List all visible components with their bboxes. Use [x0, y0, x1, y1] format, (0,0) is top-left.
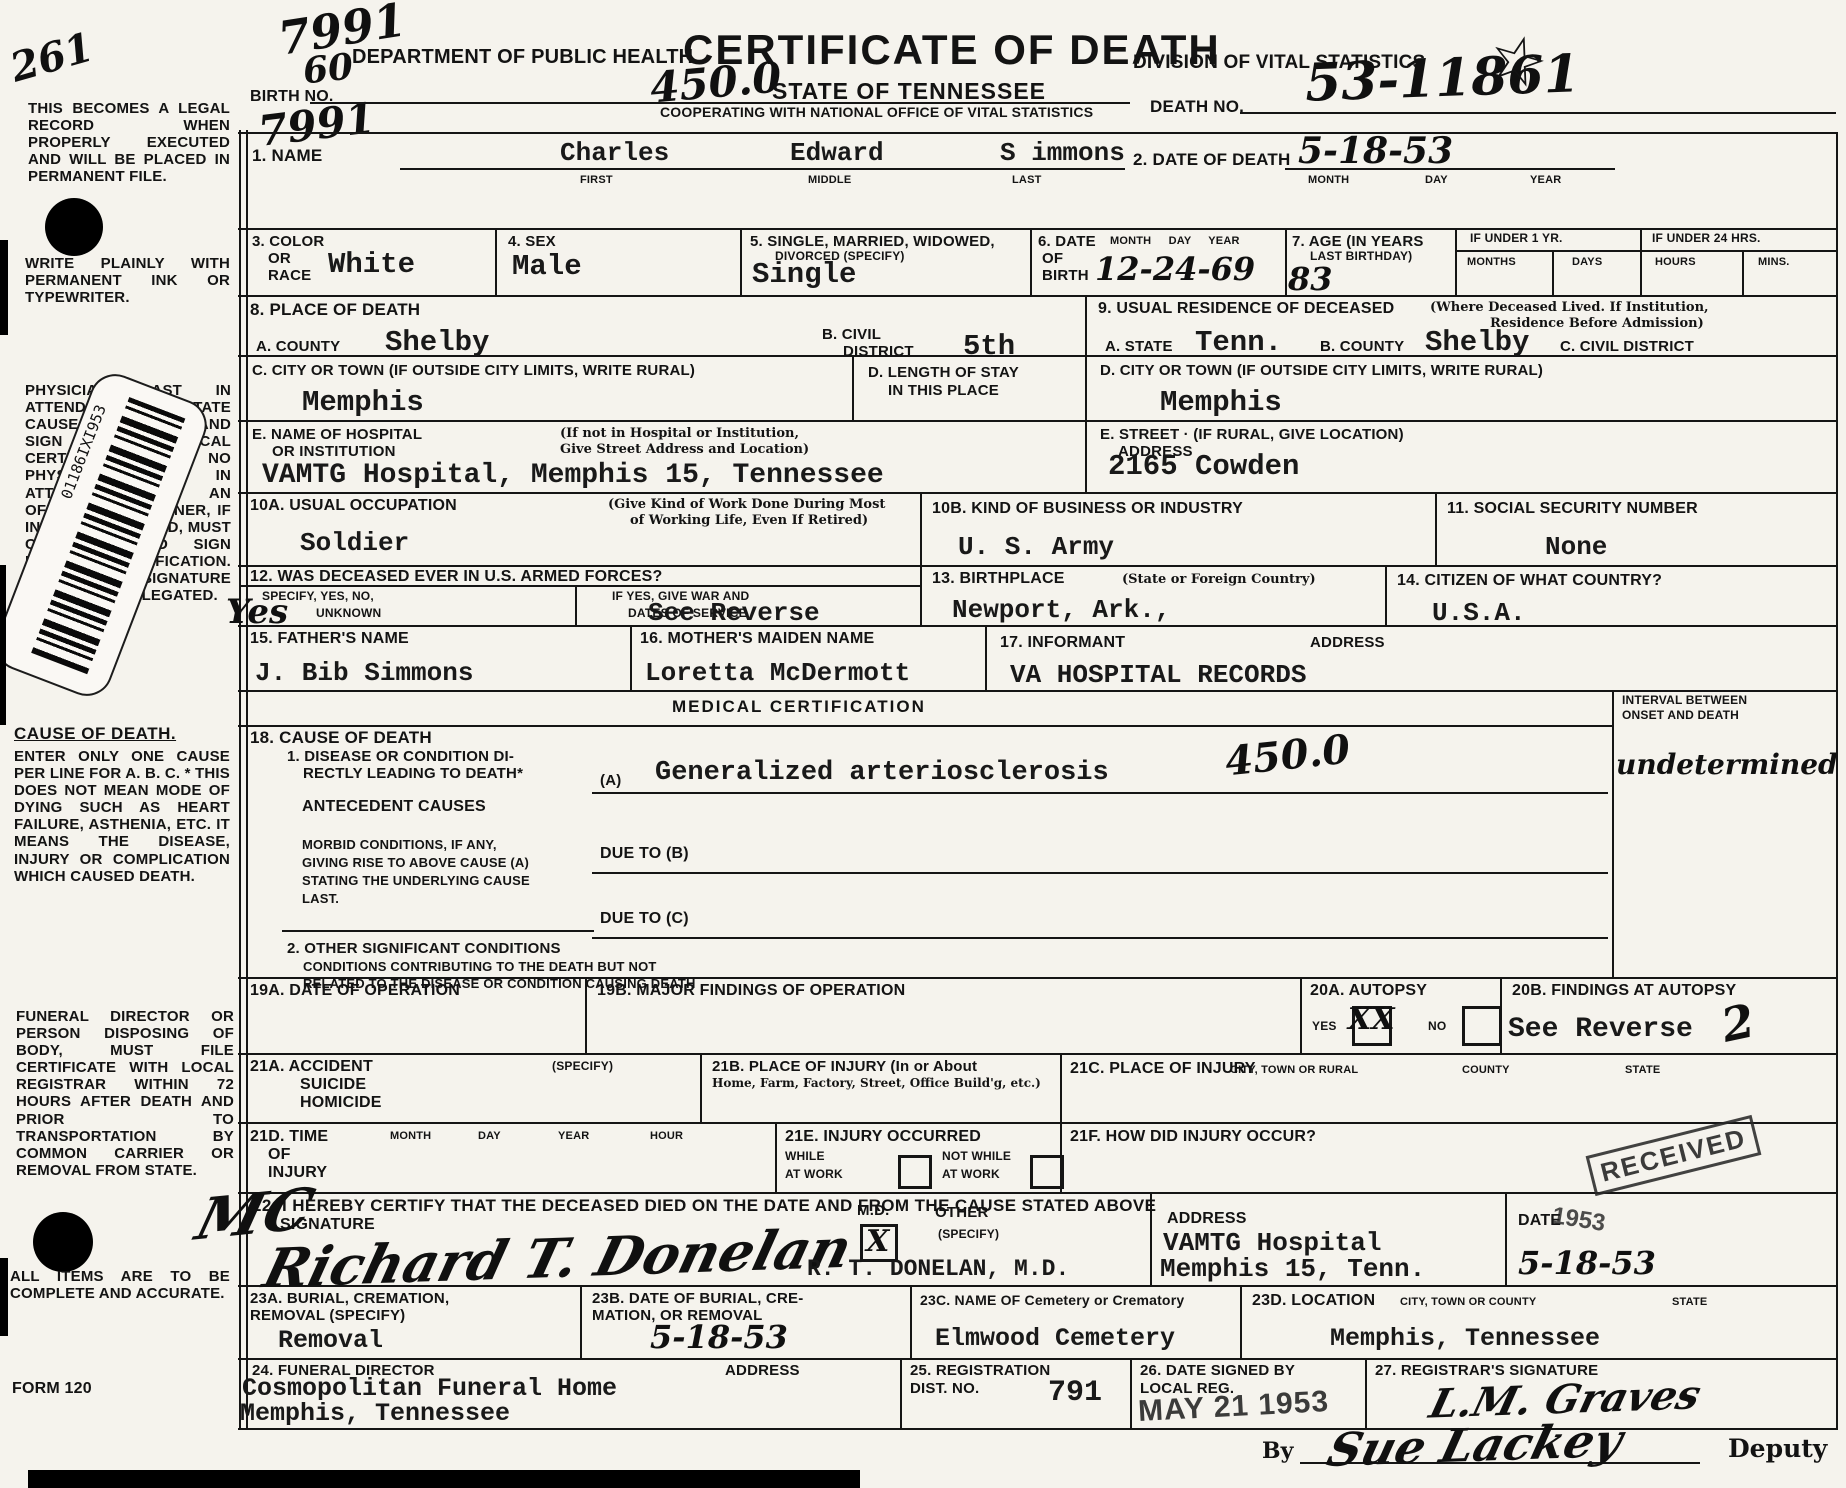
- divider: [580, 1285, 582, 1358]
- scan-bottom-bar: [28, 1470, 860, 1488]
- date-stamp-fragment: 1953: [1550, 1202, 1607, 1238]
- residence-civil-district-label: C. CIVIL DISTRICT: [1560, 338, 1694, 355]
- medical-certification-title: MEDICAL CERTIFICATION: [672, 697, 926, 717]
- scan-edge-artifact: [0, 240, 8, 335]
- age-label: 7. AGE (IN YEARS: [1292, 233, 1424, 250]
- cert-address-label: ADDRESS: [1167, 1210, 1247, 1228]
- armed-forces-value: Yes: [226, 592, 288, 632]
- date-of-operation-label: 19A. DATE OF OPERATION: [250, 982, 460, 1000]
- interval-col-divider: [1612, 690, 1614, 977]
- divider: [495, 228, 497, 295]
- row1-top-rule: [238, 132, 1838, 134]
- by-label: By: [1262, 1438, 1293, 1464]
- divider: [1742, 250, 1744, 295]
- location-state-sublabel: STATE: [1672, 1296, 1707, 1309]
- physician-typed-name: R. T. DONELAN, M.D.: [807, 1256, 1069, 1282]
- cause-box-top-rule: [238, 725, 1612, 727]
- divider: [852, 355, 854, 420]
- time-of-injury-label2: OF: [268, 1146, 291, 1164]
- divider: [1300, 977, 1302, 1053]
- corner-number-handwritten: 261: [5, 23, 98, 91]
- death-no-label: DEATH NO.: [1150, 97, 1244, 117]
- interval-label1: INTERVAL BETWEEN: [1622, 694, 1747, 708]
- cause-a-label: (A): [600, 772, 621, 789]
- md-checkbox-mark: X: [866, 1224, 889, 1259]
- under24hrs-label: IF UNDER 24 HRS.: [1652, 232, 1761, 246]
- color-race-label: 3. COLOR: [252, 233, 324, 250]
- hospital-value: VAMTG Hospital, Memphis 15, Tennessee: [262, 460, 884, 491]
- residence-state-value: Tenn.: [1195, 326, 1282, 359]
- citizen-value: U.S.A.: [1432, 598, 1526, 628]
- cause-a-underline: [592, 792, 1608, 794]
- county-label: A. COUNTY: [256, 338, 340, 355]
- major-findings-label: 19B. MAJOR FINDINGS OF OPERATION: [597, 982, 905, 1000]
- findings-at-autopsy-value: See Reverse: [1508, 1014, 1693, 1045]
- accident-specify-label: (SPECIFY): [552, 1060, 613, 1074]
- color-race-label2: OR: [268, 250, 291, 267]
- medcert-top-rule: [238, 690, 1838, 692]
- morbid-line1: MORBID CONDITIONS, IF ANY,: [302, 838, 497, 853]
- year-sublabel: YEAR: [1530, 174, 1561, 187]
- occupation-note2: of Working Life, Even If Retired): [630, 513, 868, 529]
- other-conditions-label: 2. OTHER SIGNIFICANT CONDITIONS: [287, 940, 561, 957]
- last-sublabel: LAST: [1012, 174, 1042, 187]
- scan-edge-artifact: [0, 1258, 8, 1336]
- occupation-value: Soldier: [300, 528, 409, 558]
- color-race-value: White: [328, 248, 415, 281]
- divider: [1455, 228, 1457, 295]
- injury-hour-sublabel: HOUR: [650, 1130, 683, 1143]
- cooperating-note: COOPERATING WITH NATIONAL OFFICE OF VITA…: [660, 104, 1093, 120]
- funeral-home-city-value: Memphis, Tennessee: [240, 1399, 510, 1428]
- place-of-injury-c-label: 21C. PLACE OF INJURY: [1070, 1060, 1256, 1078]
- deputy-signature: Sue Lackey: [1322, 1413, 1628, 1477]
- form-number: FORM 120: [12, 1380, 92, 1398]
- father-name-label: 15. FATHER'S NAME: [250, 630, 409, 648]
- not-while-at-work-checkbox: [1030, 1155, 1064, 1189]
- row24-top-rule: [238, 1358, 1838, 1360]
- city-or-town-label: C. CITY OR TOWN (IF OUTSIDE CITY LIMITS,…: [252, 362, 695, 379]
- divider: [575, 585, 577, 625]
- name-label: 1. NAME: [252, 146, 322, 166]
- length-of-stay-label2: IN THIS PLACE: [888, 382, 999, 399]
- hospital-label: E. NAME OF HOSPITAL: [252, 426, 422, 443]
- civil-district-label: B. CIVIL: [822, 326, 881, 343]
- length-of-stay-label: D. LENGTH OF STAY: [868, 364, 1019, 381]
- hospital-note1: (If not in Hospital or Institution,: [560, 426, 799, 442]
- state-title: STATE OF TENNESSEE: [772, 78, 1046, 104]
- divider: [900, 1358, 902, 1428]
- divider: [1285, 228, 1287, 295]
- findings-handwritten-mark: 2: [1717, 993, 1760, 1052]
- burial-label2: REMOVAL (SPECIFY): [250, 1307, 405, 1324]
- cause-b-underline: [592, 872, 1608, 874]
- cause-of-death-label: 18. CAUSE OF DEATH: [250, 728, 432, 748]
- scan-edge-artifact: [0, 565, 6, 725]
- county-sublabel: COUNTY: [1462, 1064, 1510, 1077]
- cause-c-underline: [592, 937, 1608, 939]
- time-of-injury-label: 21D. TIME: [250, 1128, 328, 1146]
- burial-date-value: 5-18-53: [650, 1318, 788, 1356]
- divider: [920, 565, 922, 625]
- birthplace-value: Newport, Ark.,: [952, 595, 1170, 625]
- name-underline: [400, 168, 1125, 170]
- hospital-label2: OR INSTITUTION: [272, 443, 396, 460]
- state-sublabel: STATE: [1625, 1064, 1660, 1077]
- morbid-line4: LAST.: [302, 892, 339, 907]
- armed-forces-label: 12. WAS DECEASED EVER IN U.S. ARMED FORC…: [250, 568, 663, 586]
- cert-date-value: 5-18-53: [1518, 1244, 1656, 1282]
- department-title: DEPARTMENT OF PUBLIC HEALTH: [352, 46, 693, 69]
- while-label: WHILE: [785, 1150, 825, 1164]
- margin-note-funeral-director: FUNERAL DIRECTOR OR PERSON DISPOSING OF …: [16, 1008, 234, 1179]
- middle-sublabel: MIDDLE: [808, 174, 851, 187]
- death-certificate-scan: 261 THIS BECOMES A LEGAL RECORD WHEN PRO…: [0, 0, 1846, 1488]
- autopsy-yes-label: YES: [1312, 1020, 1337, 1034]
- occupation-note1: (Give Kind of Work Done During Most: [608, 497, 885, 513]
- mother-name-value: Loretta McDermott: [645, 658, 910, 688]
- residence-street-label: E. STREET · (IF RURAL, GIVE LOCATION): [1100, 426, 1404, 443]
- row2-top-rule: [238, 228, 1838, 230]
- under1yr-label: IF UNDER 1 YR.: [1470, 232, 1563, 246]
- registration-dist-value: 791: [1048, 1376, 1102, 1410]
- registration-label1: 25. REGISTRATION: [910, 1362, 1050, 1379]
- burial-date-label1: 23B. DATE OF BURIAL, CRE-: [592, 1290, 803, 1307]
- registration-label2: DIST. NO.: [910, 1380, 979, 1397]
- hours-sublabel: HOURS: [1655, 256, 1696, 269]
- margin-note-cause: ENTER ONLY ONE CAUSE PER LINE FOR A. B. …: [14, 748, 230, 885]
- burial-value: Removal: [278, 1326, 383, 1355]
- residence-city-label: D. CITY OR TOWN (IF OUTSIDE CITY LIMITS,…: [1100, 362, 1543, 379]
- county-value: Shelby: [385, 326, 489, 359]
- antecedent-label: ANTECEDENT CAUSES: [302, 798, 486, 816]
- birth-no-rule: [310, 102, 1130, 104]
- divider: [775, 1122, 777, 1192]
- informant-value: VA HOSPITAL RECORDS: [1010, 660, 1306, 690]
- morbid-line3: STATING THE UNDERLYING CAUSE: [302, 874, 530, 889]
- autopsy-no-label: NO: [1428, 1020, 1446, 1034]
- divider: [700, 1053, 702, 1122]
- md-label: M.D.: [857, 1202, 889, 1219]
- birthplace-label: 13. BIRTHPLACE: [932, 570, 1065, 588]
- injury-year-sublabel: YEAR: [558, 1130, 589, 1143]
- ssn-label: 11. SOCIAL SECURITY NUMBER: [1447, 500, 1698, 518]
- birthplace-note: (State or Foreign Country): [1122, 572, 1316, 588]
- row5-top-rule: [238, 565, 1838, 567]
- divider: [1505, 1192, 1507, 1285]
- place-of-injury-note: Home, Farm, Factory, Street, Office Buil…: [712, 1076, 1041, 1090]
- date-signed-label1: 26. DATE SIGNED BY: [1140, 1362, 1295, 1379]
- divider: [740, 228, 742, 295]
- dob-label2: OF: [1042, 250, 1063, 267]
- residence-street-value: 2165 Cowden: [1108, 450, 1299, 483]
- armed-forces-unknown-label: UNKNOWN: [316, 607, 381, 621]
- city-or-town-value: Memphis: [302, 386, 424, 419]
- cause-a-value: Generalized arteriosclerosis: [655, 758, 1109, 788]
- margin-cause-heading: CAUSE OF DEATH.: [14, 724, 176, 744]
- interval-label2: ONSET AND DEATH: [1622, 709, 1739, 723]
- place-of-death-label: 8. PLACE OF DEATH: [250, 300, 420, 320]
- sex-value: Male: [512, 250, 582, 283]
- disease-label2: RECTLY LEADING TO DEATH*: [303, 765, 523, 782]
- industry-label: 10B. KIND OF BUSINESS OR INDUSTRY: [932, 500, 1243, 518]
- hole-punch-bottom: [33, 1212, 93, 1272]
- injury-month-sublabel: MONTH: [390, 1130, 431, 1143]
- name-middle-value: Edward: [790, 138, 884, 168]
- divider: [1385, 565, 1387, 625]
- autopsy-label: 20A. AUTOPSY: [1310, 982, 1427, 1000]
- not-while-label: NOT WHILE: [942, 1150, 1011, 1164]
- ssn-value: None: [1545, 532, 1607, 562]
- cert-address-line2: Memphis 15, Tenn.: [1160, 1254, 1425, 1284]
- citizen-label: 14. CITIZEN OF WHAT COUNTRY?: [1397, 572, 1662, 590]
- name-first-value: Charles: [560, 138, 669, 168]
- residence-state-label: A. STATE: [1105, 338, 1173, 355]
- row3-top-rule: [238, 295, 1838, 297]
- while-at-work-checkbox: [898, 1155, 932, 1189]
- usual-residence-label: 9. USUAL RESIDENCE OF DECEASED: [1098, 300, 1394, 318]
- due-to-b-label: DUE TO (B): [600, 845, 689, 863]
- mother-name-label: 16. MOTHER'S MAIDEN NAME: [640, 630, 874, 648]
- marital-value: Single: [752, 258, 856, 291]
- divider: [1130, 1358, 1132, 1428]
- location-city-sublabel: CITY, TOWN OR COUNTY: [1400, 1296, 1536, 1309]
- location-value: Memphis, Tennessee: [1330, 1324, 1600, 1353]
- interval-value: undetermined: [1616, 748, 1838, 781]
- month-sublabel: MONTH: [1308, 174, 1349, 187]
- usual-residence-note1: (Where Deceased Lived. If Institution,: [1430, 300, 1709, 316]
- dob-label3: BIRTH: [1042, 267, 1089, 284]
- divider: [1435, 492, 1437, 565]
- divider: [1365, 1358, 1367, 1428]
- date-of-birth-label: 6. DATE: [1038, 233, 1096, 250]
- informant-label: 17. INFORMANT: [1000, 634, 1125, 652]
- file-number-2-handwritten: 60: [301, 45, 355, 92]
- divider: [920, 492, 922, 565]
- funeral-director-address-label: ADDRESS: [725, 1362, 800, 1379]
- deputy-label: Deputy: [1728, 1434, 1827, 1464]
- other-conditions-line2: CONDITIONS CONTRIBUTING TO THE DEATH BUT…: [303, 960, 657, 975]
- days-sublabel: DAYS: [1572, 256, 1602, 269]
- morbid-line2: GIVING RISE TO ABOVE CAUSE (A): [302, 856, 529, 871]
- marital-label: 5. SINGLE, MARRIED, WIDOWED,: [750, 233, 995, 250]
- hospital-note2: Give Street Address and Location): [560, 442, 809, 458]
- war-dates-value: See Reverse: [648, 598, 820, 628]
- age-value: 83: [1288, 260, 1333, 298]
- divider: [1640, 228, 1642, 295]
- hole-punch-top: [45, 198, 103, 256]
- divider: [1240, 1285, 1242, 1358]
- first-sublabel: FIRST: [580, 174, 613, 187]
- autopsy-yes-mark: XX: [1348, 1002, 1395, 1037]
- day-sublabel: DAY: [1425, 174, 1448, 187]
- informant-address-label: ADDRESS: [1310, 634, 1385, 651]
- autopsy-no-checkbox: [1462, 1006, 1502, 1046]
- death-no-rule: [1240, 112, 1836, 114]
- while-at-work-label: AT WORK: [785, 1168, 843, 1182]
- burial-label1: 23A. BURIAL, CREMATION,: [250, 1290, 449, 1307]
- under1yr-sub-rule: [1455, 250, 1838, 252]
- occupation-label: 10A. USUAL OCCUPATION: [250, 497, 457, 515]
- divider: [1030, 228, 1032, 295]
- other-specify-label: (SPECIFY): [938, 1228, 999, 1242]
- disease-label1: 1. DISEASE OR CONDITION DI-: [287, 748, 514, 765]
- date-of-death-label: 2. DATE OF DEATH: [1133, 150, 1290, 170]
- mins-sublabel: MINS.: [1758, 256, 1790, 269]
- color-race-label3: RACE: [268, 267, 311, 284]
- how-injury-occur-label: 21F. HOW DID INJURY OCCUR?: [1070, 1128, 1316, 1146]
- homicide-label: HOMICIDE: [300, 1094, 382, 1112]
- residence-county-value: Shelby: [1425, 326, 1529, 359]
- margin-note-write-plainly: WRITE PLAINLY WITH PERMANENT INK OR TYPE…: [25, 255, 230, 306]
- other-label: OTHER: [935, 1204, 989, 1221]
- divider-8-9: [1085, 295, 1087, 492]
- margin-note-legal-record: THIS BECOMES A LEGAL RECORD WHEN PROPERL…: [28, 100, 230, 185]
- row21abc-top-rule: [238, 1053, 1838, 1055]
- cause-left-underline: [282, 930, 594, 932]
- certify-statement: 22. I HEREBY CERTIFY THAT THE DECEASED D…: [252, 1196, 1156, 1216]
- civil-district-label2: DISTRICT: [843, 343, 914, 360]
- findings-at-autopsy-label: 20B. FINDINGS AT AUTOPSY: [1512, 982, 1736, 1000]
- row4-top-rule: [238, 492, 1838, 494]
- place-of-injury-label: 21B. PLACE OF INJURY (In or About: [712, 1058, 977, 1075]
- divider: [910, 1285, 912, 1358]
- civil-district-value: 5th: [963, 330, 1015, 363]
- accident-label: 21A. ACCIDENT: [250, 1058, 373, 1076]
- not-while-at-work-label: AT WORK: [942, 1168, 1000, 1182]
- due-to-c-label: DUE TO (C): [600, 910, 689, 928]
- divider: [985, 625, 987, 690]
- margin-note-accuracy: ALL ITEMS ARE TO BE COMPLETE AND ACCURAT…: [10, 1268, 230, 1302]
- cemetery-label: 23C. NAME OF Cemetery or Crematory: [920, 1292, 1184, 1308]
- months-sublabel: MONTHS: [1467, 256, 1516, 269]
- received-stamp: RECEIVED: [1586, 1115, 1762, 1196]
- city-town-rural-sublabel: CITY, TOWN OR RURAL: [1230, 1064, 1358, 1077]
- father-name-value: J. Bib Simmons: [255, 658, 473, 688]
- row21def-top-rule: [238, 1122, 1838, 1124]
- date-of-death-value: 5-18-53: [1298, 130, 1453, 172]
- row3c-rule: [238, 420, 1838, 422]
- divider: [1552, 250, 1554, 295]
- row6-top-rule: [238, 625, 1838, 627]
- name-last-value: S immons: [1000, 138, 1125, 168]
- sex-label: 4. SEX: [508, 233, 556, 250]
- residence-city-value: Memphis: [1160, 386, 1282, 419]
- cemetery-value: Elmwood Cemetery: [935, 1324, 1175, 1353]
- dob-sublabels: MONTH DAY YEAR: [1110, 235, 1240, 248]
- cause-a-code-handwritten: 450.0: [1223, 726, 1352, 786]
- injury-day-sublabel: DAY: [478, 1130, 501, 1143]
- suicide-label: SUICIDE: [300, 1076, 366, 1094]
- location-label: 23D. LOCATION: [1252, 1292, 1375, 1310]
- injury-occurred-label: 21E. INJURY OCCURRED: [785, 1128, 981, 1146]
- divider: [630, 625, 632, 690]
- dob-value: 12-24-69: [1095, 250, 1255, 288]
- industry-value: U. S. Army: [958, 532, 1114, 562]
- residence-county-label: B. COUNTY: [1320, 338, 1404, 355]
